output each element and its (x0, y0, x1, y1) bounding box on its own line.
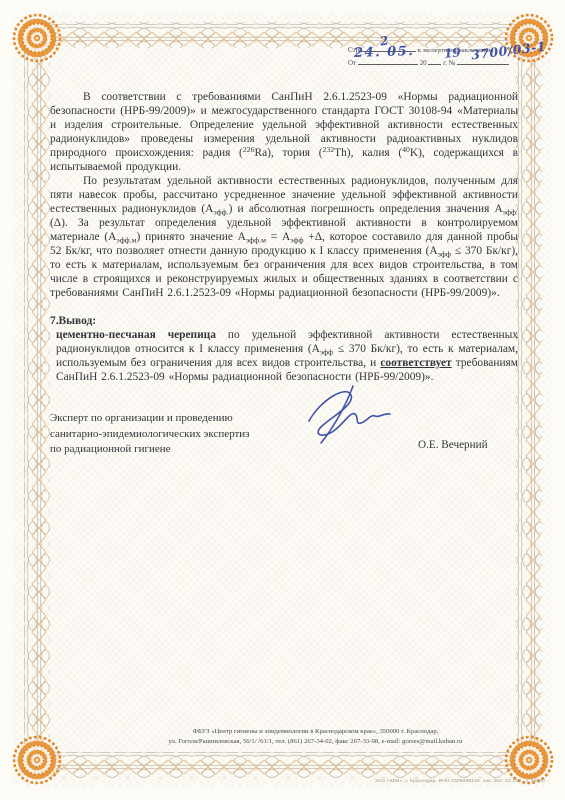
handwritten-date: 24. 05. (354, 46, 415, 60)
footer-org-line: ФБУЗ «Центр гигиены и эпидемиологии в Кр… (108, 727, 523, 737)
print-house-imprint: ЗАО «КБИ», г. Краснодар, ИНН 2309089150,… (375, 779, 545, 784)
border-band-left (24, 40, 50, 760)
expert-name: О.Е. Вечерний (418, 439, 488, 451)
paragraph-results: По результатам удельной активности естес… (50, 174, 518, 300)
paragraph-intro: В соответствии с требованиями СанПиН 2.6… (50, 90, 518, 174)
expert-title-line: Эксперт по организации и проведению (50, 411, 290, 427)
handwritten-year: 19 (443, 46, 461, 60)
footer-address-line: ул. Гоголя/Рашпилевская, 56/1/ /61/1, те… (108, 737, 523, 747)
expert-title-block: Эксперт по организации и проведению сани… (50, 411, 290, 458)
ink-signature (295, 381, 405, 449)
year-fill-line (428, 57, 441, 65)
expert-title-line: санитарно-эпидемиологических экспертиз (50, 427, 290, 443)
conclusion-heading: 7.Вывод: (50, 314, 518, 328)
year-prefix: 20 (420, 59, 427, 67)
header-block: Стр к экспертному заключению От 20 г. № … (348, 44, 553, 69)
footer-block: ФБУЗ «Центр гигиены и эпидемиологии в Кр… (108, 727, 523, 747)
rosette-ornament-icon (14, 15, 60, 61)
border-band-right (516, 40, 542, 760)
border-band-bottom (48, 752, 518, 778)
document-page: Стр к экспертному заключению От 20 г. № … (0, 0, 565, 800)
expert-title-line: по радиационной гигиене (50, 442, 290, 458)
conclusion-paragraph: цементно-песчаная черепица по удельной э… (56, 328, 518, 384)
document-body: В соответствии с требованиями СанПиН 2.6… (50, 90, 518, 384)
